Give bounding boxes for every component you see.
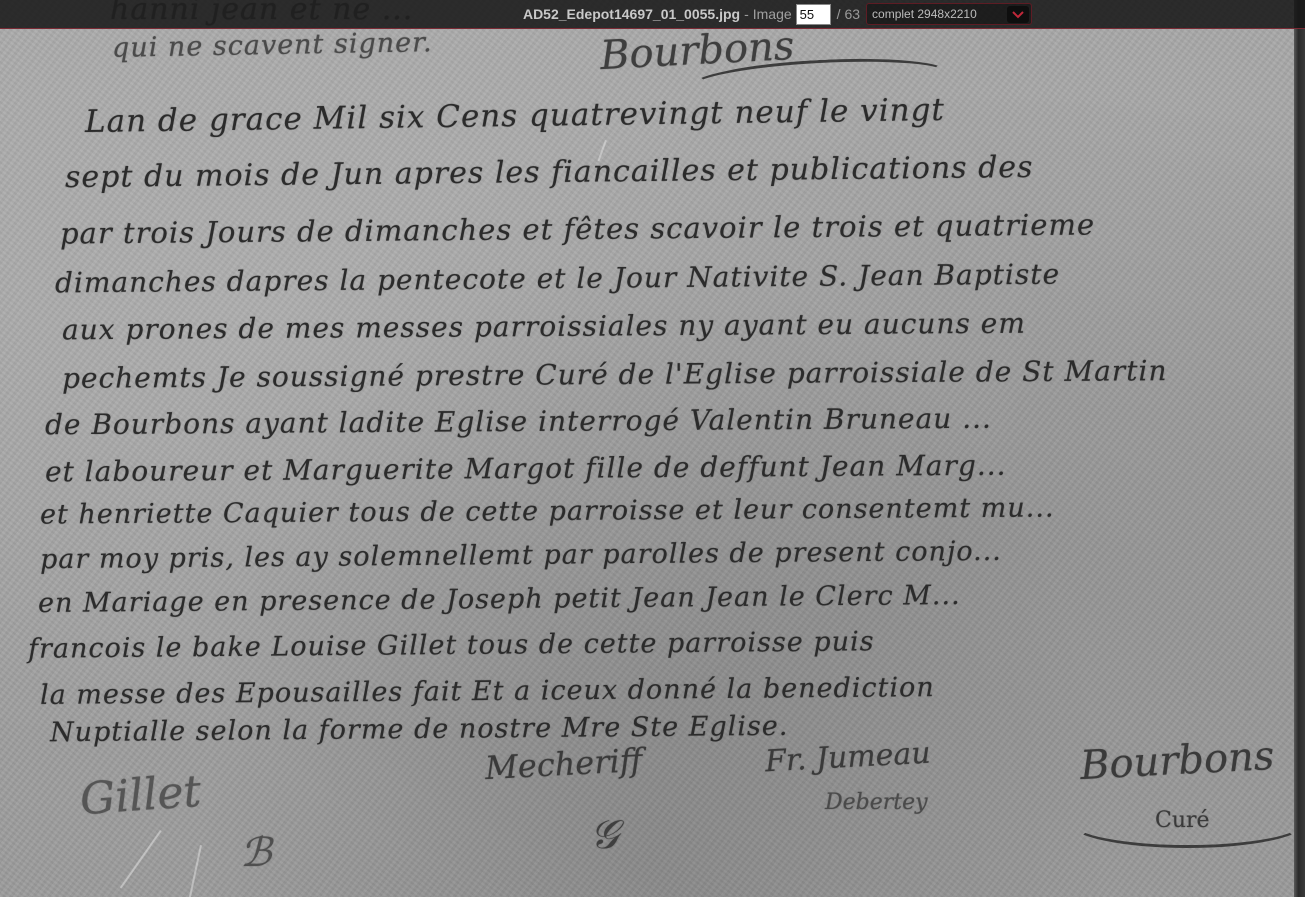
cure-label: Curé (1155, 808, 1210, 833)
handwritten-line: et laboureur et Marguerite Margot fille … (45, 449, 1007, 489)
signature-mark: 𝒢 (590, 812, 618, 858)
signature-mecheriff: Mecheriff (484, 741, 643, 787)
chevron-down-icon (1012, 11, 1024, 19)
handwritten-line: Lan de grace Mil six Cens quatrevingt ne… (85, 92, 945, 140)
signature-mark: ℬ (240, 830, 271, 876)
document-image-viewer[interactable]: hanni jean et ne ... qui ne scavent sign… (0, 0, 1305, 897)
page-edge (1294, 0, 1305, 897)
resolution-dropdown-button[interactable] (1007, 6, 1029, 23)
handwritten-line: aux prones de mes messes parroissiales n… (62, 307, 1026, 347)
signature-debertey: Debertey (825, 790, 928, 815)
resolution-select[interactable]: complet 2948x2210 (866, 3, 1032, 25)
paper-crease (189, 845, 202, 897)
image-label: Image (753, 6, 792, 22)
handwritten-line: et henriette Caquier tous de cette parro… (40, 492, 1055, 530)
handwritten-line: francois le bake Louise Gillet tous de c… (28, 626, 875, 664)
handwritten-line: pechemts Je soussigné prestre Curé de l'… (62, 354, 1168, 395)
resolution-value: complet 2948x2210 (872, 7, 977, 21)
handwritten-line: la messe des Epousailles fait Et a iceux… (40, 672, 935, 711)
separator: - (744, 6, 749, 22)
total-pages-label: / 63 (837, 6, 860, 22)
handwritten-line: par trois Jours de dimanches et fêtes sc… (60, 207, 1095, 250)
handwritten-line: qui ne scavent signer. (112, 27, 433, 64)
page-number-input[interactable] (796, 4, 831, 25)
handwritten-line: de Bourbons ayant ladite Eglise interrog… (45, 402, 992, 442)
filename-label: AD52_Edepot14697_01_0055.jpg (523, 6, 740, 22)
signature-bourbons-bottom: Bourbons (1079, 733, 1275, 789)
paper-crease (120, 830, 162, 888)
handwritten-line: en Mariage en presence de Joseph petit J… (38, 580, 961, 619)
signature-jumeau: Fr. Jumeau (764, 736, 931, 780)
viewer-toolbar: AD52_Edepot14697_01_0055.jpg - Image / 6… (0, 0, 1305, 29)
handwritten-line: dimanches dapres la pentecote et le Jour… (55, 258, 1060, 300)
signature-gillet: Gillet (78, 766, 202, 825)
handwritten-line: par moy pris, les ay solemnellemt par pa… (40, 536, 1002, 575)
handwritten-line: Nuptialle selon la forme de nostre Mre S… (50, 711, 789, 748)
handwritten-line: sept du mois de Jun apres les fiancaille… (65, 150, 1034, 195)
